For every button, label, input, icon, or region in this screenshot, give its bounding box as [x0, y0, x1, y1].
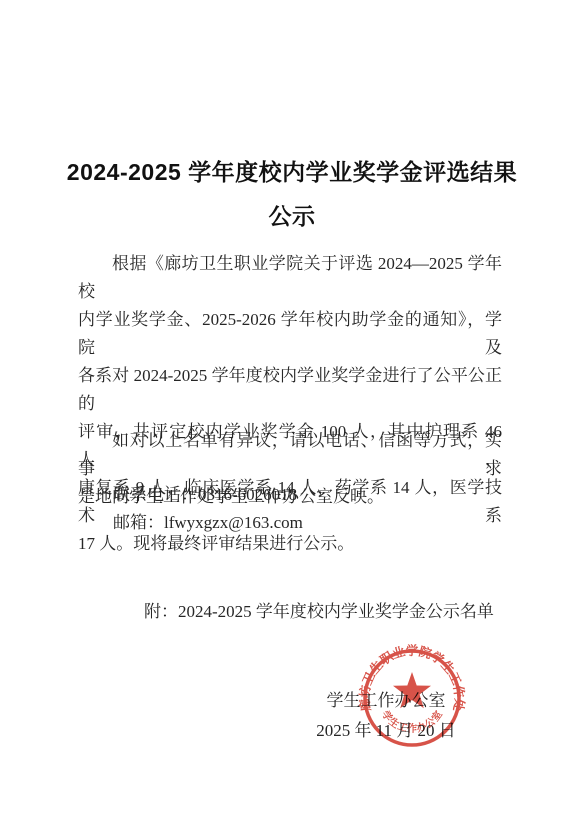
text-line: 各系对 2024-2025 学年度校内学业奖学金进行了公平公正的 [78, 362, 502, 418]
attachment-note: 附：2024-2025 学年度校内学业奖学金公示名单 [144, 598, 494, 626]
text-line: 如对以上名单有异议，请以电话、信函等方式，实事求 [78, 427, 502, 483]
document-title-line1: 2024-2025 学年度校内学业奖学金评选结果 [60, 150, 524, 194]
contact-info: 联系电话：0316-6026018邮箱：lfwyxgzx@163.com [78, 481, 502, 537]
signature-date: 2025 年 11 月 20 日 [296, 719, 476, 743]
document-page: 2024-2025 学年度校内学业奖学金评选结果 公示 根据《廊坊卫生职业学院关… [0, 0, 584, 828]
document-title: 2024-2025 学年度校内学业奖学金评选结果 公示 [60, 150, 524, 238]
text-line: 根据《廊坊卫生职业学院关于评选 2024—2025 学年校 [78, 250, 502, 306]
text-line: 邮箱：lfwyxgzx@163.com [113, 509, 502, 537]
text-line: 联系电话：0316-6026018 [113, 481, 502, 509]
document-title-line2: 公示 [60, 194, 524, 238]
text-line: 内学业奖学金、2025-2026 学年校内助学金的通知》，学院及 [78, 306, 502, 362]
signature-office: 学生工作办公室 [296, 689, 476, 713]
